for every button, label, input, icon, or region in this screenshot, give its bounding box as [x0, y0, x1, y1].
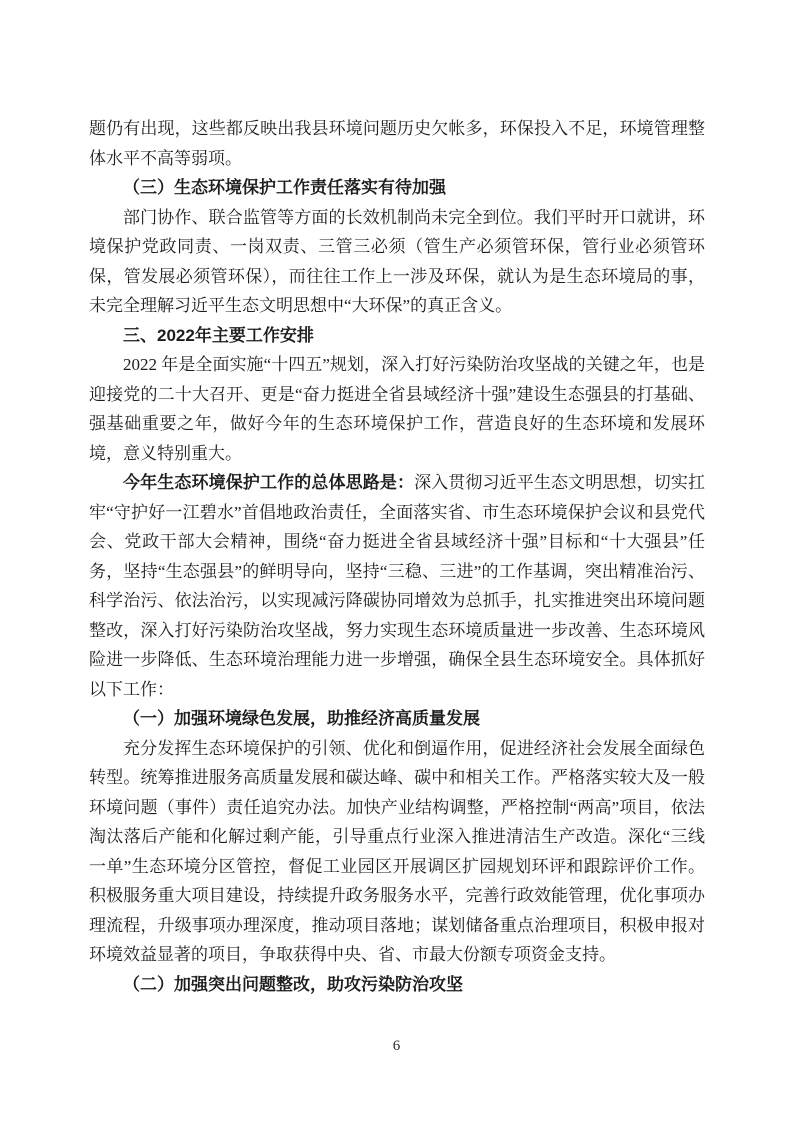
subsection-heading-3: （三）生态环境保护工作责任落实有待加强	[89, 173, 705, 203]
paragraph-green-development: 充分发挥生态环境保护的引领、优化和倒逼作用，促进经济社会发展全面绿色转型。统筹推…	[89, 734, 705, 970]
subsection-heading-1: （一）加强环境绿色发展，助推经济高质量发展	[89, 704, 705, 734]
paragraph-responsibility: 部门协作、联合监管等方面的长效机制尚未完全到位。我们平时开口就讲，环境保护党政同…	[89, 203, 705, 321]
paragraph-lead-bold: 今年生态环境保护工作的总体思路是：	[123, 473, 414, 492]
section-heading-2022-plan: 三、2022年主要工作安排	[89, 321, 705, 351]
paragraph-carryover: 题仍有出现，这些都反映出我县环境问题历史欠帐多，环保投入不足，环境管理整体水平不…	[89, 114, 705, 173]
document-page: 题仍有出现，这些都反映出我县环境问题历史欠帐多，环保投入不足，环境管理整体水平不…	[0, 0, 793, 1122]
paragraph-lead-body: 深入贯彻习近平生态文明思想，切实扛牢“守护好一江碧水”首倡地政治责任，全面落实省…	[89, 473, 705, 699]
paragraph-overall-approach: 今年生态环境保护工作的总体思路是：深入贯彻习近平生态文明思想，切实扛牢“守护好一…	[89, 468, 705, 704]
page-number: 6	[0, 1036, 793, 1056]
paragraph-2022-significance: 2022 年是全面实施“十四五”规划，深入打好污染防治攻坚战的关键之年，也是迎接…	[89, 350, 705, 468]
subsection-heading-2: （二）加强突出问题整改，助攻污染防治攻坚	[89, 970, 705, 1000]
document-body: 题仍有出现，这些都反映出我县环境问题历史欠帐多，环保投入不足，环境管理整体水平不…	[89, 114, 705, 999]
